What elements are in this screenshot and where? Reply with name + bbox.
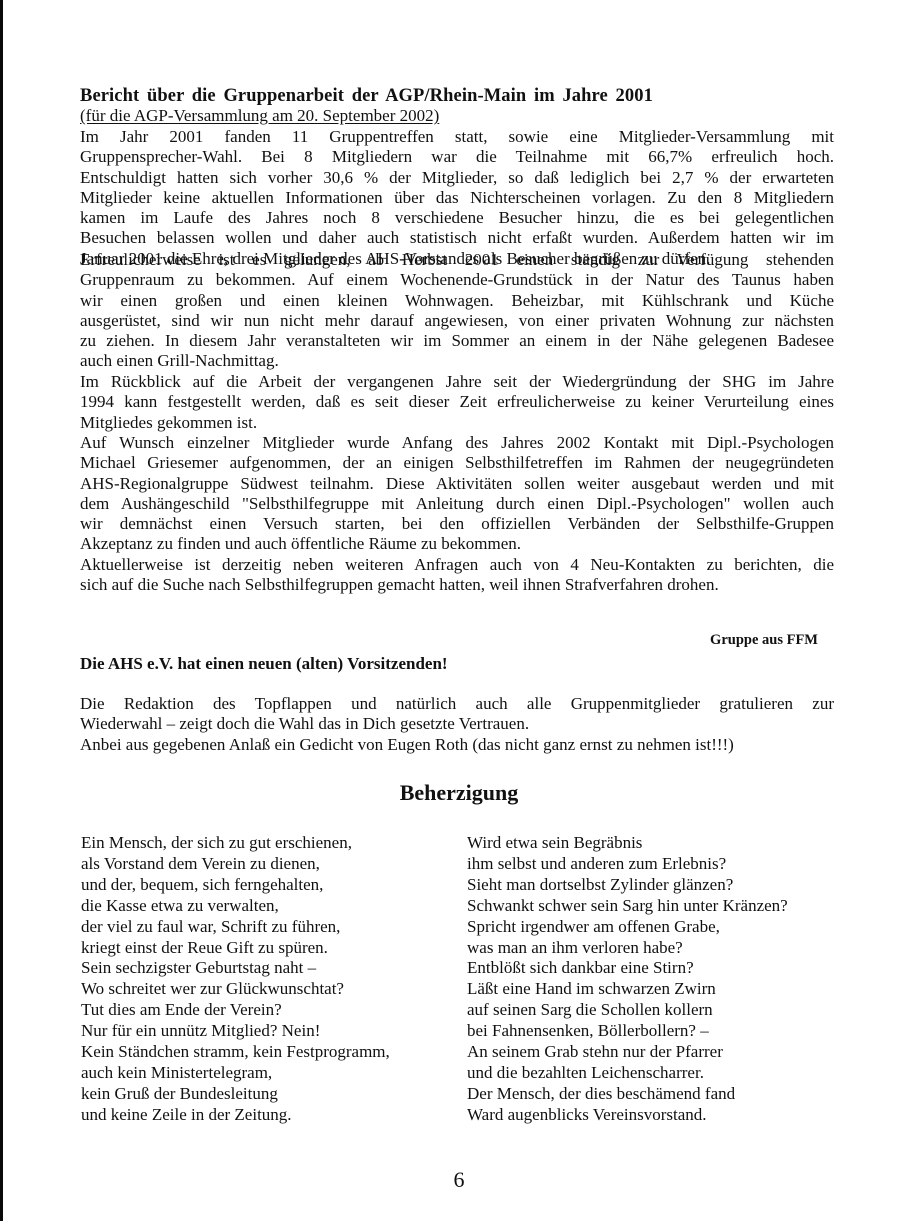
poem-line: ihm selbst und anderen zum Erlebnis? bbox=[467, 854, 788, 875]
poem-line: An seinem Grab stehn nur der Pfarrer bbox=[467, 1042, 788, 1063]
report-title: Bericht über die Gruppenarbeit der AGP/R… bbox=[80, 86, 850, 106]
poem-line: Ward augenblicks Vereinsvorstand. bbox=[467, 1105, 788, 1126]
body-line: Auf Wunsch einzelner Mitglieder wurde An… bbox=[80, 433, 834, 453]
body-line: Gruppenraum zu bekommen. Auf einem Woche… bbox=[80, 270, 834, 290]
poem-line: und keine Zeile in der Zeitung. bbox=[81, 1105, 390, 1126]
poem-line: Kein Ständchen stramm, kein Festprogramm… bbox=[81, 1042, 390, 1063]
poem-line: auf seinen Sarg die Schollen kollern bbox=[467, 1000, 788, 1021]
body-line: kamen im Laufe des Jahres noch 8 verschi… bbox=[80, 208, 834, 228]
poem-line: und der, bequem, sich ferngehalten, bbox=[81, 875, 390, 896]
body-line: Die Redaktion des Topflappen und natürli… bbox=[80, 694, 834, 714]
body-line: Aktuellerweise ist derzeitig neben weite… bbox=[80, 555, 834, 575]
report-paragraph-2: Erfreulicherweise ist es gelungen, ab He… bbox=[80, 250, 834, 372]
poem-line: bei Fahnensenken, Böllerbollern? – bbox=[467, 1021, 788, 1042]
poem-line: Spricht irgendwer am offenen Grabe, bbox=[467, 917, 788, 938]
body-line: wir einen großen und einen kleinen Wohnw… bbox=[80, 291, 834, 311]
poem-line: Wo schreitet wer zur Glückwunschtat? bbox=[81, 979, 390, 1000]
poem-line: die Kasse etwa zu verwalten, bbox=[81, 896, 390, 917]
poem-line: und die bezahlten Leichenscharrer. bbox=[467, 1063, 788, 1084]
poem-line: Entblößt sich dankbar eine Stirn? bbox=[467, 958, 788, 979]
body-line: Akzeptanz zu finden und auch öffentliche… bbox=[80, 534, 834, 554]
poem-line: der viel zu faul war, Schrift zu führen, bbox=[81, 917, 390, 938]
poem-line: auch kein Ministertelegram, bbox=[81, 1063, 390, 1084]
poem-line: kriegt einst der Reue Gift zu spüren. bbox=[81, 938, 390, 959]
body-line: Im Rückblick auf die Arbeit der vergange… bbox=[80, 372, 834, 392]
page-number: 6 bbox=[0, 1167, 918, 1193]
poem-line: als Vorstand dem Verein zu dienen, bbox=[81, 854, 390, 875]
body-line: Wiederwahl – zeigt doch die Wahl das in … bbox=[80, 714, 834, 734]
body-line: zu ziehen. In diesem Jahr veranstalteten… bbox=[80, 331, 834, 351]
poem-line: Nur für ein unnütz Mitglied? Nein! bbox=[81, 1021, 390, 1042]
report-paragraph-3: Im Rückblick auf die Arbeit der vergange… bbox=[80, 372, 834, 433]
body-line: Michael Griesemer aufgenommen, der an ei… bbox=[80, 453, 834, 473]
body-line: wir demnächst einen Versuch starten, bei… bbox=[80, 514, 834, 534]
poem-line: Sein sechzigster Geburtstag naht – bbox=[81, 958, 390, 979]
announcement-paragraph: Die Redaktion des Topflappen und natürli… bbox=[80, 694, 834, 755]
body-line: Mitglieder keine aktuellen Informationen… bbox=[80, 188, 834, 208]
body-line: ausgerüstet, sind wir nun nicht mehr dar… bbox=[80, 311, 834, 331]
body-line: dem Aushängeschild "Selbsthilfegruppe mi… bbox=[80, 494, 834, 514]
poem-right-column: Wird etwa sein Begräbnis ihm selbst und … bbox=[467, 833, 788, 1126]
poem-line: Läßt eine Hand im schwarzen Zwirn bbox=[467, 979, 788, 1000]
body-line: Mitgliedes gekommen ist. bbox=[80, 413, 834, 433]
poem-line: Schwankt schwer sein Sarg hin unter Krän… bbox=[467, 896, 788, 917]
body-line: Gruppensprecher-Wahl. Bei 8 Mitgliedern … bbox=[80, 147, 834, 167]
poem-line: kein Gruß der Bundesleitung bbox=[81, 1084, 390, 1105]
body-line: Erfreulicherweise ist es gelungen, ab He… bbox=[80, 250, 834, 270]
report-subtitle: (für die AGP-Versammlung am 20. Septembe… bbox=[80, 106, 439, 125]
body-line: sich auf die Suche nach Selbsthilfegrupp… bbox=[80, 575, 834, 595]
poem-left-column: Ein Mensch, der sich zu gut erschienen, … bbox=[81, 833, 390, 1126]
poem-line: Ein Mensch, der sich zu gut erschienen, bbox=[81, 833, 390, 854]
body-line: Im Jahr 2001 fanden 11 Gruppentreffen st… bbox=[80, 127, 834, 147]
body-line: Anbei aus gegebenen Anlaß ein Gedicht vo… bbox=[80, 735, 834, 755]
poem-line: was man an ihm verloren habe? bbox=[467, 938, 788, 959]
poem-title: Beherzigung bbox=[0, 780, 918, 806]
announcement-heading: Die AHS e.V. hat einen neuen (alten) Vor… bbox=[80, 654, 448, 674]
body-line: AHS-Regionalgruppe Südwest teilnahm. Die… bbox=[80, 474, 834, 494]
body-line: 1994 kann festgestellt werden, daß es se… bbox=[80, 392, 834, 412]
body-line: auch einen Grill-Nachmittag. bbox=[80, 351, 834, 371]
report-paragraph-4: Auf Wunsch einzelner Mitglieder wurde An… bbox=[80, 433, 834, 555]
poem-line: Sieht man dortselbst Zylinder glänzen? bbox=[467, 875, 788, 896]
report-paragraph-5: Aktuellerweise ist derzeitig neben weite… bbox=[80, 555, 834, 596]
document-page: Bericht über die Gruppenarbeit der AGP/R… bbox=[0, 0, 918, 1221]
report-signature: Gruppe aus FFM bbox=[710, 632, 818, 649]
body-line: Besuchen belassen wollen und daher auch … bbox=[80, 228, 834, 248]
poem-line: Wird etwa sein Begräbnis bbox=[467, 833, 788, 854]
report-paragraph-1: Im Jahr 2001 fanden 11 Gruppentreffen st… bbox=[80, 127, 834, 269]
poem-line: Der Mensch, der dies beschämend fand bbox=[467, 1084, 788, 1105]
poem-line: Tut dies am Ende der Verein? bbox=[81, 1000, 390, 1021]
body-line: Entschuldigt hatten sich vorher 30,6 % d… bbox=[80, 168, 834, 188]
